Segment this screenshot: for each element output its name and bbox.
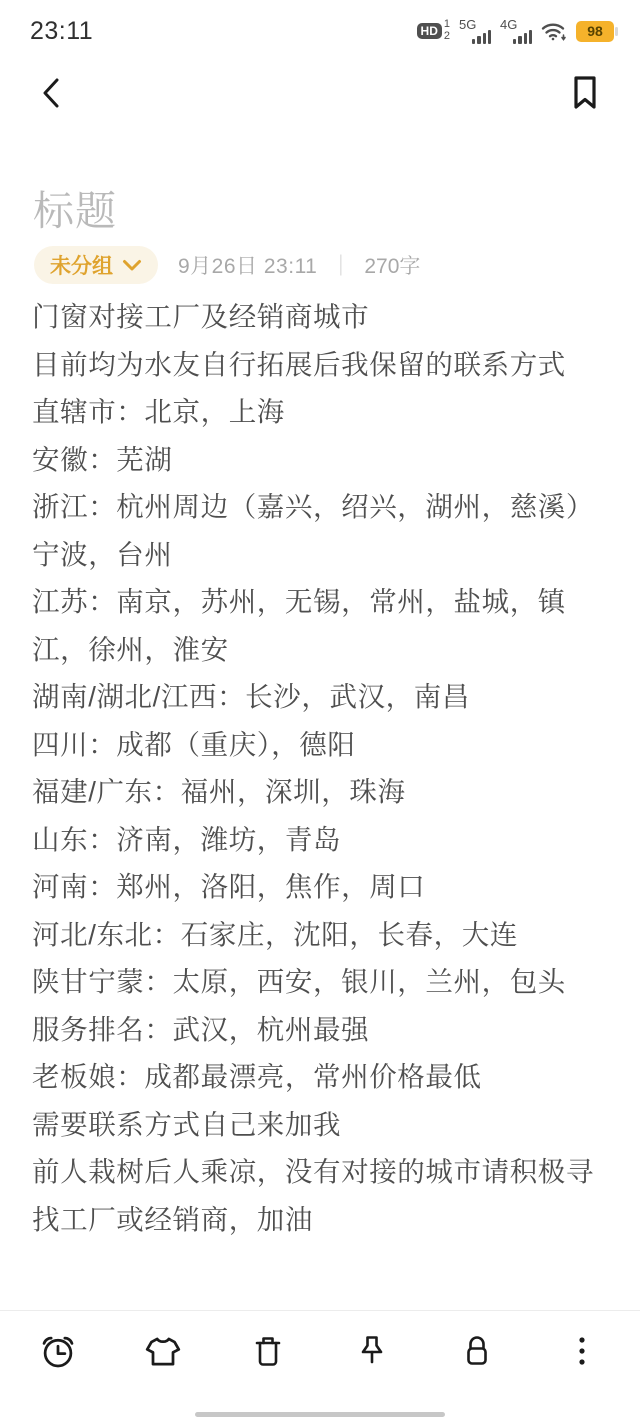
chevron-left-icon	[38, 74, 64, 112]
signal-bars-4g-icon: 4G	[500, 18, 532, 44]
more-menu-button[interactable]	[560, 1329, 604, 1373]
note-date: 9月26日 23:11	[178, 250, 317, 280]
delete-button[interactable]	[246, 1329, 290, 1373]
note-body-editor[interactable]: 门窗对接工厂及经销商城市目前均为水友自行拓展后我保留的联系方式直辖市：北京，上海…	[32, 293, 610, 1243]
note-paragraph[interactable]: 直辖市：北京，上海	[32, 388, 610, 436]
note-paragraph[interactable]: 需要联系方式自己来加我	[32, 1101, 610, 1149]
clock-time: 23:11	[30, 17, 93, 46]
note-paragraph[interactable]: 目前均为水友自行拓展后我保留的联系方式	[32, 341, 610, 389]
home-indicator[interactable]	[195, 1412, 445, 1417]
category-selector[interactable]: 未分组	[34, 246, 158, 284]
chevron-down-icon	[122, 259, 142, 272]
signal-bars-5g-icon: 5G	[459, 18, 491, 44]
shirt-skin-icon	[143, 1332, 183, 1370]
note-paragraph[interactable]: 前人栽树后人乘凉，没有对接的城市请积极寻找工厂或经销商，加油	[32, 1148, 610, 1243]
note-paragraph[interactable]: 湖南/湖北/江西：长沙，武汉，南昌	[32, 673, 610, 721]
sim-index-stack: 1 2	[444, 19, 450, 42]
note-paragraph[interactable]: 老板娘：成都最漂亮，常州价格最低	[32, 1053, 610, 1101]
lock-button[interactable]	[455, 1329, 499, 1373]
battery-percent: 98	[587, 23, 603, 39]
note-paragraph[interactable]: 浙江：杭州周边（嘉兴，绍兴，湖州，慈溪）宁波，台州	[32, 483, 610, 578]
bookmark-button[interactable]	[568, 72, 602, 114]
note-paragraph[interactable]: 山东：济南，潍坊，青岛	[32, 816, 610, 864]
skin-theme-button[interactable]	[141, 1329, 185, 1373]
hd-badge: HD	[417, 23, 442, 39]
note-paragraph[interactable]: 门窗对接工厂及经销商城市	[32, 293, 610, 341]
note-paragraph[interactable]: 河北/东北：石家庄，沈阳，长春，大连	[32, 911, 610, 959]
lock-icon	[459, 1332, 495, 1370]
note-paragraph[interactable]: 陕甘宁蒙：太原，西安，银川，兰州，包头	[32, 958, 610, 1006]
nav-bar	[0, 58, 640, 128]
note-paragraph[interactable]: 河南：郑州，洛阳，焦作，周口	[32, 863, 610, 911]
note-meta-row: 未分组 9月26日 23:11 ｜ 270字	[34, 246, 607, 284]
bookmark-icon	[568, 72, 602, 114]
note-paragraph[interactable]: 安徽：芜湖	[32, 436, 610, 484]
status-icons: HD 1 2 5G 4G	[417, 18, 614, 44]
note-paragraph[interactable]: 四川：成都（重庆），德阳	[32, 721, 610, 769]
hd-volte-icon: HD 1 2	[417, 19, 450, 42]
wifi-icon	[541, 20, 567, 42]
note-paragraph[interactable]: 江苏：南京，苏州，无锡，常州，盐城，镇江，徐州，淮安	[32, 578, 610, 673]
status-bar: 23:11 HD 1 2 5G 4G	[0, 0, 640, 56]
note-paragraph[interactable]: 福建/广东：福州，深圳，珠海	[32, 768, 610, 816]
word-count: 270字	[364, 250, 420, 280]
note-title-input[interactable]: 标题	[33, 178, 607, 237]
alarm-clock-icon	[39, 1332, 77, 1370]
reminder-button[interactable]	[36, 1329, 80, 1373]
bottom-toolbar	[0, 1310, 640, 1422]
pin-icon	[354, 1332, 390, 1370]
battery-icon: 98	[576, 21, 614, 42]
back-button[interactable]	[38, 74, 64, 112]
meta-divider: ｜	[330, 250, 351, 280]
category-label: 未分组	[50, 250, 113, 280]
pin-button[interactable]	[350, 1329, 394, 1373]
more-vertical-icon	[576, 1332, 588, 1370]
note-paragraph[interactable]: 服务排名：武汉，杭州最强	[32, 1006, 610, 1054]
notes-app-screen: 23:11 HD 1 2 5G 4G	[0, 0, 640, 1422]
trash-icon	[250, 1332, 286, 1370]
